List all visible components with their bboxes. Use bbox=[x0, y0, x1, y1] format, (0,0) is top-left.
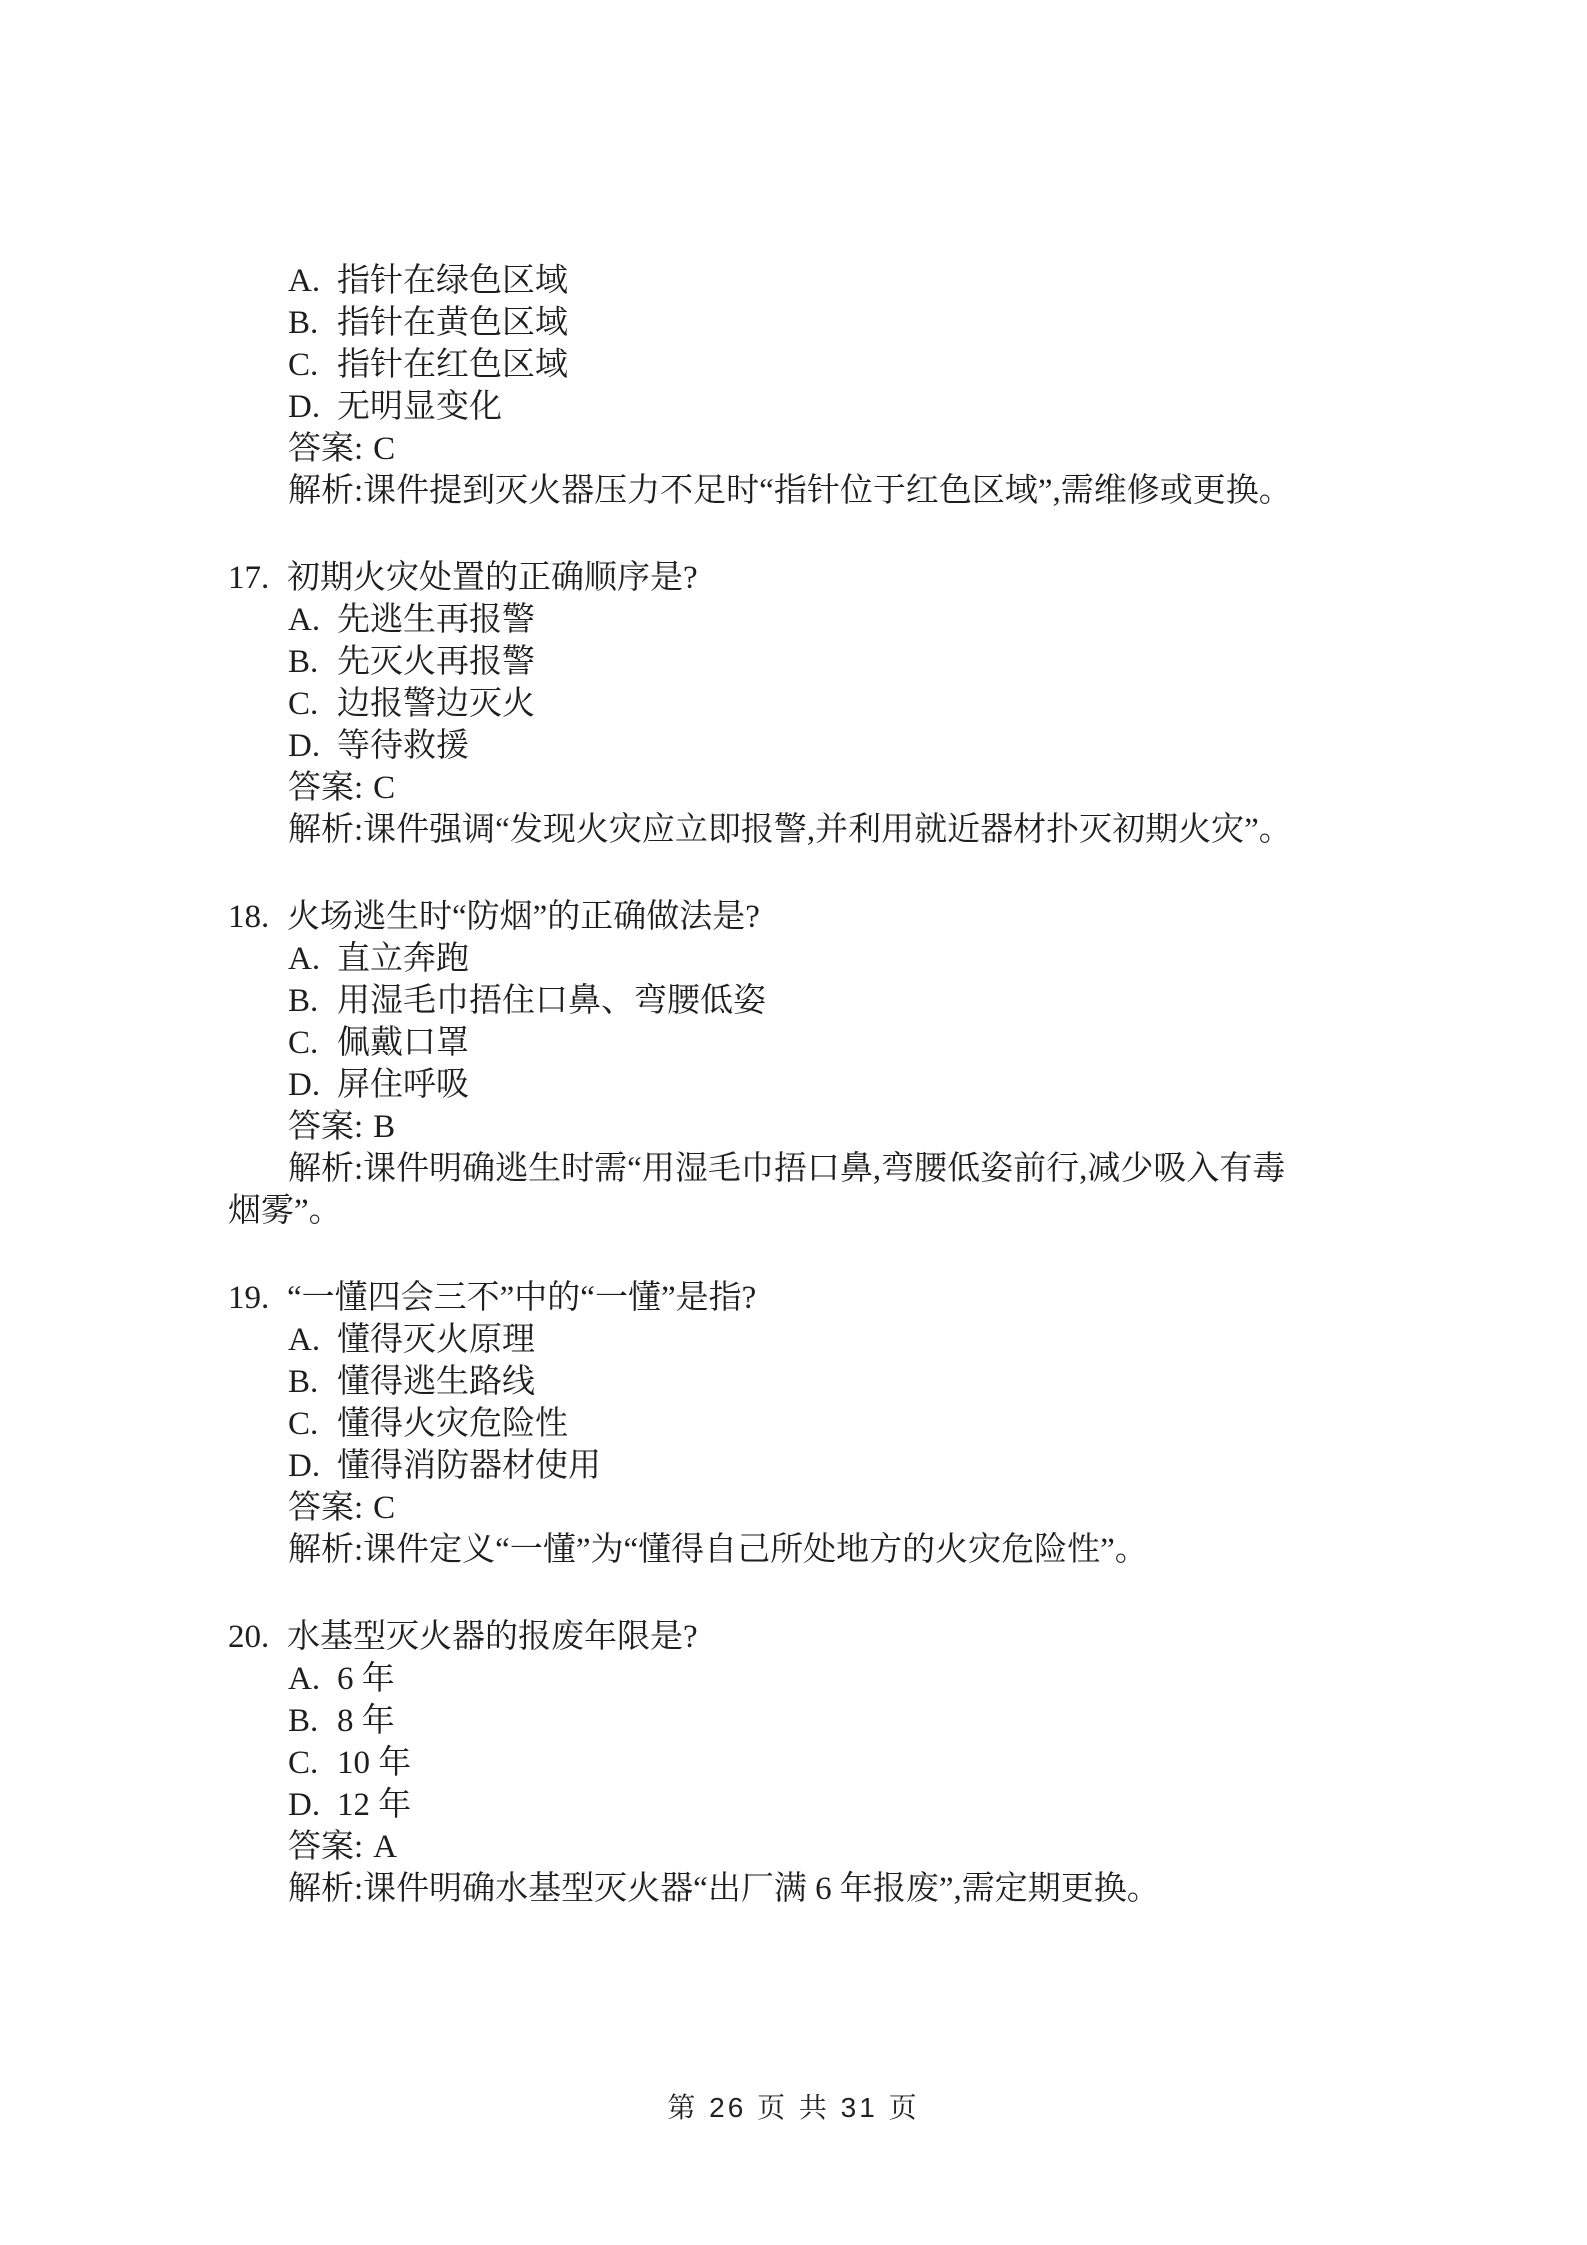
option-text: 先逃生再报警 bbox=[337, 602, 535, 638]
question-header: 20.水基型灭火器的报废年限是? bbox=[228, 1616, 1473, 1658]
answer-label: 答案: bbox=[288, 1490, 363, 1526]
option-letter: B. bbox=[288, 1700, 337, 1742]
answer-value: B bbox=[373, 1109, 395, 1145]
option-text: 屏住呼吸 bbox=[337, 1067, 469, 1103]
option-letter: C. bbox=[288, 1403, 337, 1445]
option-letter: D. bbox=[288, 386, 337, 428]
option-letter: C. bbox=[288, 1742, 337, 1784]
option-text: 无明显变化 bbox=[337, 389, 502, 425]
option-row: A.懂得灭火原理 bbox=[228, 1319, 1473, 1361]
analysis-text: 课件明确逃生时需“用湿毛巾捂口鼻,弯腰低姿前行,减少吸入有毒 bbox=[363, 1151, 1285, 1187]
page-footer: 第 26 页 共 31 页 bbox=[0, 2086, 1587, 2126]
option-row: D.懂得消防器材使用 bbox=[228, 1445, 1473, 1487]
option-row: A.6 年 bbox=[228, 1658, 1473, 1700]
option-text: 懂得火灾危险性 bbox=[337, 1406, 568, 1442]
option-row: A.指针在绿色区域 bbox=[228, 260, 1473, 302]
option-text: 直立奔跑 bbox=[337, 941, 469, 977]
question-block-17: 17.初期火灾处置的正确顺序是? A.先逃生再报警 B.先灭火再报警 C.边报警… bbox=[228, 557, 1473, 851]
option-letter: A. bbox=[288, 1658, 337, 1700]
analysis-row: 解析:课件明确水基型灭火器“出厂满 6 年报废”,需定期更换。 bbox=[228, 1868, 1473, 1910]
option-row: B.指针在黄色区域 bbox=[228, 302, 1473, 344]
answer-label: 答案: bbox=[288, 770, 363, 806]
option-letter: D. bbox=[288, 1445, 337, 1487]
option-letter: B. bbox=[288, 980, 337, 1022]
option-text: 等待救援 bbox=[337, 728, 469, 764]
option-text: 12 年 bbox=[337, 1787, 411, 1823]
option-row: B.懂得逃生路线 bbox=[228, 1361, 1473, 1403]
answer-label: 答案: bbox=[288, 431, 363, 467]
answer-row: 答案:C bbox=[228, 1487, 1473, 1529]
analysis-text: 课件提到灭火器压力不足时“指针位于红色区域”,需维修或更换。 bbox=[363, 473, 1292, 509]
option-row: C.佩戴口罩 bbox=[228, 1022, 1473, 1064]
option-row: D.无明显变化 bbox=[228, 386, 1473, 428]
question-text: 火场逃生时“防烟”的正确做法是? bbox=[287, 899, 760, 935]
answer-label: 答案: bbox=[288, 1109, 363, 1145]
answer-row: 答案:B bbox=[228, 1106, 1473, 1148]
answer-value: A bbox=[373, 1829, 397, 1865]
option-row: B.先灭火再报警 bbox=[228, 641, 1473, 683]
question-header: 19.“一懂四会三不”中的“一懂”是指? bbox=[228, 1277, 1473, 1319]
option-letter: D. bbox=[288, 725, 337, 767]
option-text: 指针在黄色区域 bbox=[337, 305, 568, 341]
option-row: B.用湿毛巾捂住口鼻、弯腰低姿 bbox=[228, 980, 1473, 1022]
option-text: 8 年 bbox=[337, 1703, 395, 1739]
analysis-row: 解析:课件定义“一懂”为“懂得自己所处地方的火灾危险性”。 bbox=[228, 1529, 1473, 1571]
answer-value: C bbox=[373, 1490, 395, 1526]
question-block-19: 19.“一懂四会三不”中的“一懂”是指? A.懂得灭火原理 B.懂得逃生路线 C… bbox=[228, 1277, 1473, 1571]
question-text: 水基型灭火器的报废年限是? bbox=[287, 1619, 698, 1655]
answer-value: C bbox=[373, 770, 395, 806]
question-block-16: A.指针在绿色区域 B.指针在黄色区域 C.指针在红色区域 D.无明显变化 答案… bbox=[228, 260, 1473, 512]
analysis-label: 解析: bbox=[288, 1871, 363, 1907]
option-row: C.10 年 bbox=[228, 1742, 1473, 1784]
question-number: 17. bbox=[228, 557, 287, 599]
answer-row: 答案:C bbox=[228, 428, 1473, 470]
analysis-row: 解析:课件明确逃生时需“用湿毛巾捂口鼻,弯腰低姿前行,减少吸入有毒 bbox=[228, 1148, 1473, 1190]
question-number: 20. bbox=[228, 1616, 287, 1658]
option-letter: C. bbox=[288, 344, 337, 386]
option-letter: A. bbox=[288, 1319, 337, 1361]
option-text: 指针在红色区域 bbox=[337, 347, 568, 383]
option-text: 指针在绿色区域 bbox=[337, 263, 568, 299]
option-letter: A. bbox=[288, 938, 337, 980]
option-letter: C. bbox=[288, 683, 337, 725]
option-row: D.12 年 bbox=[228, 1784, 1473, 1826]
option-text: 6 年 bbox=[337, 1661, 395, 1697]
option-letter: B. bbox=[288, 1361, 337, 1403]
option-letter: B. bbox=[288, 641, 337, 683]
analysis-label: 解析: bbox=[288, 812, 363, 848]
answer-value: C bbox=[373, 431, 395, 467]
option-row: D.屏住呼吸 bbox=[228, 1064, 1473, 1106]
answer-row: 答案:C bbox=[228, 767, 1473, 809]
question-header: 18.火场逃生时“防烟”的正确做法是? bbox=[228, 896, 1473, 938]
option-text: 懂得灭火原理 bbox=[337, 1322, 535, 1358]
option-text: 边报警边灭火 bbox=[337, 686, 535, 722]
analysis-text: 课件定义“一懂”为“懂得自己所处地方的火灾危险性”。 bbox=[363, 1532, 1148, 1568]
question-block-18: 18.火场逃生时“防烟”的正确做法是? A.直立奔跑 B.用湿毛巾捂住口鼻、弯腰… bbox=[228, 896, 1473, 1232]
option-letter: B. bbox=[288, 302, 337, 344]
option-row: A.直立奔跑 bbox=[228, 938, 1473, 980]
question-block-20: 20.水基型灭火器的报废年限是? A.6 年 B.8 年 C.10 年 D.12… bbox=[228, 1616, 1473, 1910]
option-row: C.懂得火灾危险性 bbox=[228, 1403, 1473, 1445]
option-text: 懂得逃生路线 bbox=[337, 1364, 535, 1400]
analysis-row: 解析:课件提到灭火器压力不足时“指针位于红色区域”,需维修或更换。 bbox=[228, 470, 1473, 512]
option-row: B.8 年 bbox=[228, 1700, 1473, 1742]
question-list: A.指针在绿色区域 B.指针在黄色区域 C.指针在红色区域 D.无明显变化 答案… bbox=[228, 260, 1473, 1955]
option-row: A.先逃生再报警 bbox=[228, 599, 1473, 641]
option-text: 用湿毛巾捂住口鼻、弯腰低姿 bbox=[337, 983, 766, 1019]
option-text: 懂得消防器材使用 bbox=[337, 1448, 601, 1484]
option-letter: C. bbox=[288, 1022, 337, 1064]
analysis-label: 解析: bbox=[288, 1532, 363, 1568]
option-letter: D. bbox=[288, 1064, 337, 1106]
analysis-text: 课件强调“发现火灾应立即报警,并利用就近器材扑灭初期火灾”。 bbox=[363, 812, 1292, 848]
question-text: “一懂四会三不”中的“一懂”是指? bbox=[287, 1280, 756, 1316]
question-text: 初期火灾处置的正确顺序是? bbox=[287, 560, 698, 596]
document-page: A.指针在绿色区域 B.指针在黄色区域 C.指针在红色区域 D.无明显变化 答案… bbox=[0, 0, 1587, 2245]
page-number-text: 第 26 页 共 31 页 bbox=[667, 2092, 919, 2123]
question-number: 19. bbox=[228, 1277, 287, 1319]
answer-label: 答案: bbox=[288, 1829, 363, 1865]
option-text: 先灭火再报警 bbox=[337, 644, 535, 680]
option-letter: A. bbox=[288, 599, 337, 641]
question-header: 17.初期火灾处置的正确顺序是? bbox=[228, 557, 1473, 599]
option-row: D.等待救援 bbox=[228, 725, 1473, 767]
analysis-continuation: 烟雾”。 bbox=[228, 1190, 1473, 1232]
answer-row: 答案:A bbox=[228, 1826, 1473, 1868]
option-letter: D. bbox=[288, 1784, 337, 1826]
option-row: C.指针在红色区域 bbox=[228, 344, 1473, 386]
option-text: 佩戴口罩 bbox=[337, 1025, 469, 1061]
option-letter: A. bbox=[288, 260, 337, 302]
analysis-text: 课件明确水基型灭火器“出厂满 6 年报废”,需定期更换。 bbox=[363, 1871, 1160, 1907]
option-row: C.边报警边灭火 bbox=[228, 683, 1473, 725]
analysis-label: 解析: bbox=[288, 1151, 363, 1187]
analysis-row: 解析:课件强调“发现火灾应立即报警,并利用就近器材扑灭初期火灾”。 bbox=[228, 809, 1473, 851]
question-number: 18. bbox=[228, 896, 287, 938]
analysis-label: 解析: bbox=[288, 473, 363, 509]
option-text: 10 年 bbox=[337, 1745, 411, 1781]
